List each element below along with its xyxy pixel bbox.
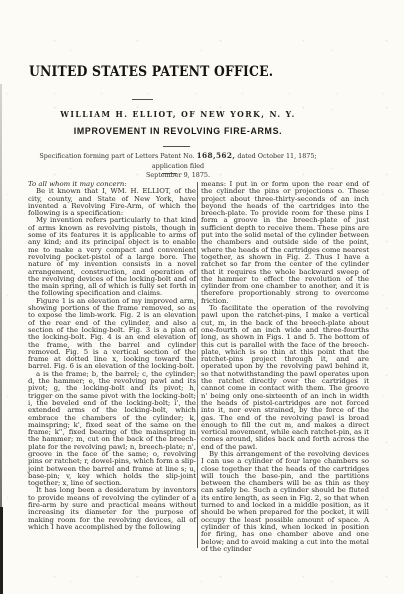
paragraph-be-it-known: Be it known that I, WM. H. ELLIOT, of th… (28, 188, 196, 217)
invention-title: IMPROVEMENT IN REVOLVING FIRE-ARMS. (28, 126, 328, 136)
specification-note: Specification forming part of Letters Pa… (28, 151, 328, 181)
scan-edge-artifact-thick (0, 507, 3, 594)
paragraph-ratchet-pins: means: I put in or form upon the rear en… (201, 181, 369, 305)
specification-prefix: Specification forming part of Letters Pa… (39, 152, 194, 160)
title-divider-rule (132, 99, 153, 100)
paragraph-invention-overview: My invention refers particularly to that… (28, 217, 196, 297)
right-text-column: means: I put in or form upon the rear en… (201, 181, 369, 553)
paragraph-figure-descriptions: Figure 1 is an elevation of my improved … (28, 298, 196, 371)
invention-title-divider-rule (163, 146, 190, 147)
column-divider-rule (197, 182, 198, 548)
specification-divider-rule (162, 173, 177, 174)
paragraph-cylinder-arrangement: By this arrangement of the revolving dev… (201, 451, 369, 553)
paragraph-pawl-operation: To facilitate the operation of the revol… (201, 305, 369, 451)
patent-number: 168,562, (197, 151, 236, 160)
paragraph-desideratum: It has long been a desideratum by invent… (28, 487, 196, 531)
patent-document-page: UNITED STATES PATENT OFFICE. WILLIAM H. … (0, 0, 404, 594)
left-text-column: To all whom it may concern: Be it known … (28, 181, 196, 531)
page-title: UNITED STATES PATENT OFFICE. (29, 64, 273, 80)
paragraph-reference-letters: a is the frame; b, the barrel; c, the cy… (28, 371, 196, 488)
inventor-line: WILLIAM H. ELLIOT, OF NEW YORK, N. Y. (34, 109, 322, 119)
specification-date-line: September 9, 1875. (146, 171, 210, 179)
